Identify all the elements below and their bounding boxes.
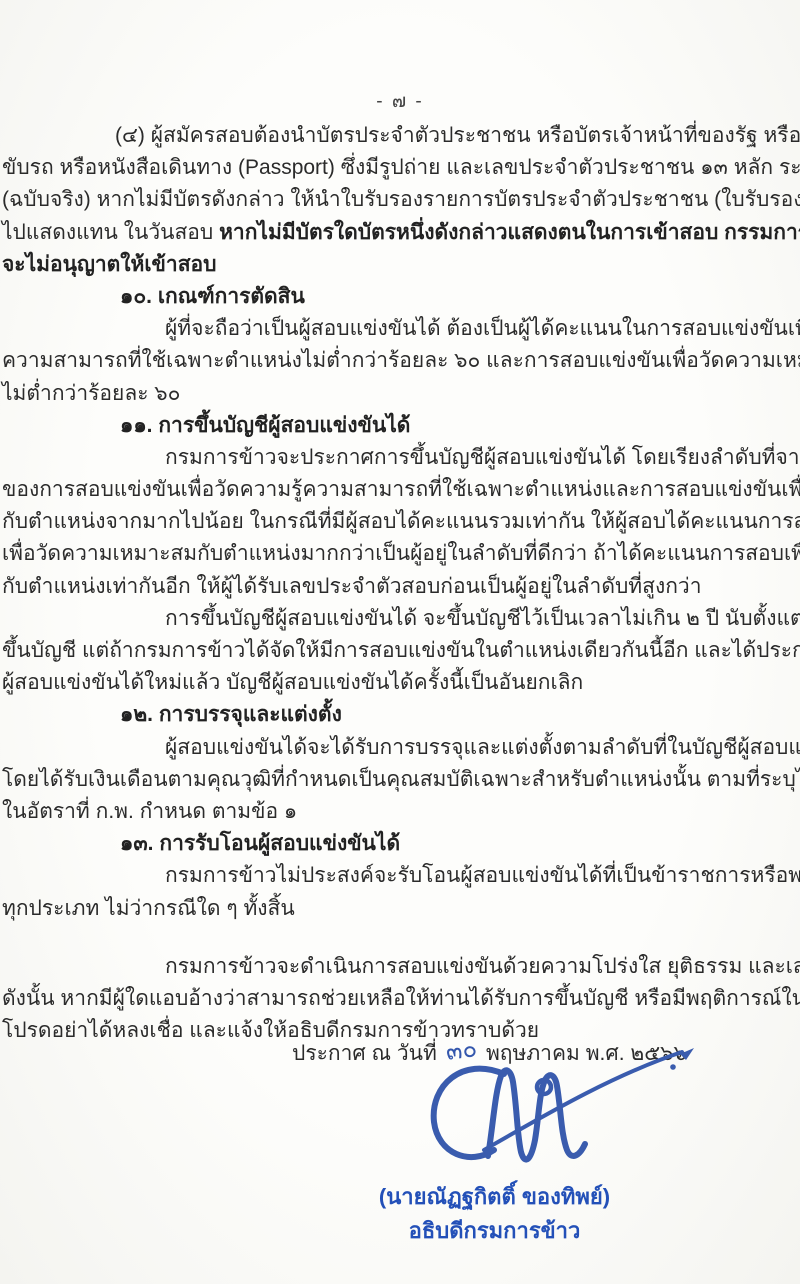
text-line: ของการสอบแข่งขันเพื่อวัดความรู้ความสามาร… (2, 474, 800, 506)
bold-text-segment: ๑๑. การขึ้นบัญชีผู้สอบแข่งขันได้ (120, 414, 410, 437)
signature-ink-icon (392, 1030, 712, 1190)
page-number: - ๗ - (0, 86, 800, 116)
text-segment: ผู้ที่จะถือว่าเป็นผู้สอบแข่งขันได้ ต้องเ… (165, 317, 800, 340)
text-line: ในอัตราที่ ก.พ. กำหนด ตามข้อ ๑ (2, 796, 800, 828)
bold-text-segment: จะไม่อนุญาตให้เข้าสอบ (2, 253, 216, 276)
text-segment: ไปแสดงแทน ในวันสอบ (2, 221, 219, 244)
text-segment: ผู้สอบแข่งขันได้ใหม่แล้ว บัญชีผู้สอบแข่ง… (2, 671, 583, 694)
bold-text-segment: หากไม่มีบัตรใดบัตรหนึ่งดังกล่าวแสดงตนในก… (219, 221, 800, 244)
text-segment: ความสามารถที่ใช้เฉพาะตำแหน่งไม่ต่ำกว่าร้… (2, 349, 800, 372)
text-line: โดยได้รับเงินเดือนตามคุณวุฒิที่กำหนดเป็น… (2, 764, 800, 796)
text-segment: ดังนั้น หากมีผู้ใดแอบอ้างว่าสามารถช่วยเห… (2, 987, 800, 1010)
text-segment: ของการสอบแข่งขันเพื่อวัดความรู้ความสามาร… (2, 478, 800, 501)
text-segment: กรมการข้าวจะดำเนินการสอบแข่งขันด้วยความโ… (165, 955, 800, 978)
text-line: การขึ้นบัญชีผู้สอบแข่งขันได้ จะขึ้นบัญชี… (2, 603, 800, 635)
text-line: ผู้สอบแข่งขันได้จะได้รับการบรรจุและแต่งต… (2, 732, 800, 764)
text-segment: กรมการข้าวไม่ประสงค์จะรับโอนผู้สอบแข่งขั… (165, 864, 800, 887)
text-segment: เพื่อวัดความเหมาะสมกับตำแหน่งมากกว่าเป็น… (2, 542, 800, 565)
bold-text-segment: ๑๐. เกณฑ์การตัดสิน (120, 285, 305, 308)
document-page: - ๗ - (๔) ผู้สมัครสอบต้องนำบัตรประจำตัวป… (0, 0, 800, 1284)
bold-text-segment: ๑๒. การบรรจุและแต่งตั้ง (120, 703, 342, 726)
text-line: ไปแสดงแทน ในวันสอบ หากไม่มีบัตรใดบัตรหนึ… (2, 217, 800, 249)
text-segment: (๔) ผู้สมัครสอบต้องนำบัตรประจำตัวประชาชน… (115, 124, 800, 147)
text-segment: กับตำแหน่งเท่ากันอีก ให้ผู้ได้รับเลขประจ… (2, 575, 702, 598)
text-line: (๔) ผู้สมัครสอบต้องนำบัตรประจำตัวประชาชน… (2, 120, 800, 152)
text-line: ดังนั้น หากมีผู้ใดแอบอ้างว่าสามารถช่วยเห… (2, 983, 800, 1015)
text-segment: ผู้สอบแข่งขันได้จะได้รับการบรรจุและแต่งต… (165, 736, 800, 759)
text-line: ความสามารถที่ใช้เฉพาะตำแหน่งไม่ต่ำกว่าร้… (2, 345, 800, 377)
text-segment: (ฉบับจริง) หากไม่มีบัตรดังกล่าว ให้นำใบร… (2, 188, 800, 211)
text-segment: ไม่ต่ำกว่าร้อยละ ๖๐ (2, 382, 180, 405)
section-heading: ๑๒. การบรรจุและแต่งตั้ง (2, 699, 800, 731)
section-heading: ๑๐. เกณฑ์การตัดสิน (2, 281, 800, 313)
signatory-title-stamp: อธิบดีกรมการข้าว (352, 1214, 637, 1248)
bold-text-segment: ๑๓. การรับโอนผู้สอบแข่งขันได้ (120, 832, 400, 855)
text-line: ขับรถ หรือหนังสือเดินทาง (Passport) ซึ่ง… (2, 152, 800, 184)
text-segment: ขับรถ หรือหนังสือเดินทาง (Passport) ซึ่ง… (2, 156, 800, 179)
section-heading: ๑๓. การรับโอนผู้สอบแข่งขันได้ (2, 828, 800, 860)
document-body: (๔) ผู้สมัครสอบต้องนำบัตรประจำตัวประชาชน… (2, 120, 800, 1047)
text-line: ผู้สอบแข่งขันได้ใหม่แล้ว บัญชีผู้สอบแข่ง… (2, 667, 800, 699)
text-segment: กับตำแหน่งจากมากไปน้อย ในกรณีที่มีผู้สอบ… (2, 510, 800, 533)
text-line: กรมการข้าวจะดำเนินการสอบแข่งขันด้วยความโ… (2, 951, 800, 983)
text-segment: กรมการข้าวจะประกาศการขึ้นบัญชีผู้สอบแข่ง… (165, 446, 800, 469)
signatory-name-stamp: (นายณัฏฐกิตติ์ ของทิพย์) (352, 1180, 637, 1214)
text-segment: ขึ้นบัญชี แต่ถ้ากรมการข้าวได้จัดให้มีการ… (2, 639, 800, 662)
text-line: กรมการข้าวจะประกาศการขึ้นบัญชีผู้สอบแข่ง… (2, 442, 800, 474)
text-line: ผู้ที่จะถือว่าเป็นผู้สอบแข่งขันได้ ต้องเ… (2, 313, 800, 345)
text-segment: การขึ้นบัญชีผู้สอบแข่งขันได้ จะขึ้นบัญชี… (165, 607, 800, 630)
text-line: ขึ้นบัญชี แต่ถ้ากรมการข้าวได้จัดให้มีการ… (2, 635, 800, 667)
text-segment: โดยได้รับเงินเดือนตามคุณวุฒิที่กำหนดเป็น… (2, 768, 800, 791)
signatory-stamp: (นายณัฏฐกิตติ์ ของทิพย์) อธิบดีกรมการข้า… (352, 1180, 637, 1248)
section-heading: ๑๑. การขึ้นบัญชีผู้สอบแข่งขันได้ (2, 410, 800, 442)
text-segment: ในอัตราที่ ก.พ. กำหนด ตามข้อ ๑ (2, 800, 297, 823)
text-line: กรมการข้าวไม่ประสงค์จะรับโอนผู้สอบแข่งขั… (2, 860, 800, 892)
text-line: ทุกประเภท ไม่ว่ากรณีใด ๆ ทั้งสิ้น (2, 893, 800, 925)
text-line: (ฉบับจริง) หากไม่มีบัตรดังกล่าว ให้นำใบร… (2, 184, 800, 216)
text-line: จะไม่อนุญาตให้เข้าสอบ (2, 249, 800, 281)
text-line: กับตำแหน่งเท่ากันอีก ให้ผู้ได้รับเลขประจ… (2, 571, 800, 603)
text-segment: ทุกประเภท ไม่ว่ากรณีใด ๆ ทั้งสิ้น (2, 897, 295, 920)
text-line: กับตำแหน่งจากมากไปน้อย ในกรณีที่มีผู้สอบ… (2, 506, 800, 538)
text-line: ไม่ต่ำกว่าร้อยละ ๖๐ (2, 378, 800, 410)
text-line: เพื่อวัดความเหมาะสมกับตำแหน่งมากกว่าเป็น… (2, 538, 800, 570)
